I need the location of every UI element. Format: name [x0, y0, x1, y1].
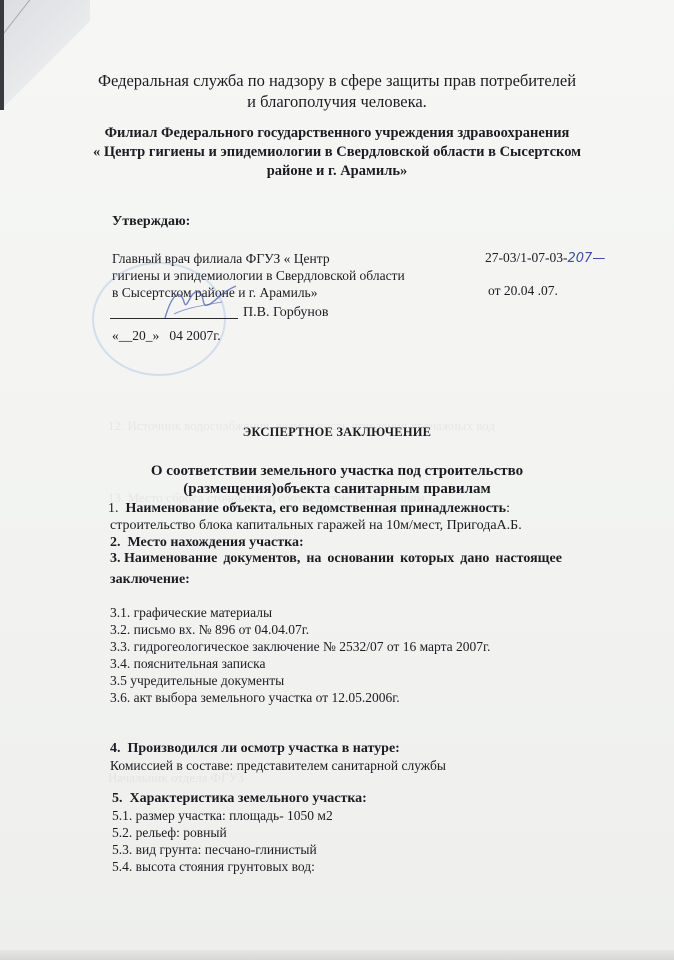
section-3-item: 3.6. акт выбора земельного участка от 12…: [110, 690, 400, 706]
section-heading-text: Характеристика земельного участка:: [130, 791, 367, 806]
section-3-item: 3.4. пояснительная записка: [110, 656, 266, 672]
document-subtitle-line1: О соответствии земельного участка под ст…: [0, 462, 674, 481]
section-heading-text: Производился ли осмотр участка в натуре:: [128, 741, 400, 756]
section-3-heading-line2: заключение:: [110, 572, 190, 588]
section-number-and-word: 3. Наименование: [110, 551, 217, 567]
signer-name: П.В. Горбунов: [243, 305, 329, 321]
section-number: 4.: [110, 741, 121, 756]
heading-word: документов,: [223, 551, 300, 567]
agency-name-line2: и благополучия человека.: [0, 91, 674, 112]
heading-word: настоящее: [495, 551, 562, 567]
approval-label: Утверждаю:: [112, 214, 190, 230]
section-3-item: 3.2. письмо вх. № 896 от 04.04.07г.: [110, 622, 309, 638]
heading-word: на: [306, 551, 321, 567]
agency-name-line1: Федеральная служба по надзору в сфере за…: [0, 70, 674, 91]
registration-number-printed: 27-03/1-07-03-: [485, 250, 567, 265]
section-5-item: 5.1. размер участка: площадь- 1050 м2: [112, 808, 333, 824]
section-3-heading: 3. Наименование документов, на основании…: [110, 551, 562, 567]
heading-word: Наименование: [124, 551, 217, 566]
section-heading-suffix: :: [506, 501, 510, 516]
section-heading-text: Наименование объекта, его ведомственная …: [126, 501, 507, 516]
section-1-text: строительство блока капитальных гаражей …: [110, 518, 522, 534]
registration-number: 27-03/1-07-03-207—: [485, 250, 605, 266]
heading-word: основании: [327, 551, 394, 567]
section-3-item: 3.3. гидрогеологическое заключение № 253…: [110, 639, 490, 655]
section-number: 2.: [110, 535, 121, 550]
page-bottom-edge: [0, 950, 674, 960]
approval-date-day: __20_»: [119, 328, 160, 343]
signature-line: [110, 318, 238, 319]
section-number: 5.: [112, 791, 123, 806]
section-2-heading: 2. Место нахождения участка:: [110, 535, 304, 551]
document-title: ЭКСПЕРТНОЕ ЗАКЛЮЧЕНИЕ: [0, 425, 674, 440]
section-4-text: Комиссией в составе: представителем сани…: [110, 758, 446, 774]
approval-date-rest: 04 2007г.: [169, 328, 220, 343]
section-4-heading: 4. Производился ли осмотр участка в нату…: [110, 741, 400, 757]
branch-name-line3: районе и г. Арамиль»: [0, 162, 674, 181]
approval-date-prefix: «: [112, 328, 119, 343]
document-subtitle-line2: (размещения)объекта санитарным правилам: [0, 480, 674, 499]
section-3-item: 3.5 учредительные документы: [110, 673, 284, 689]
branch-name-line2: « Центр гигиены и эпидемиологии в Свердл…: [0, 143, 674, 162]
section-number: 3.: [110, 551, 121, 566]
registration-date: от 20.04 .07.: [488, 283, 558, 299]
section-5-item: 5.3. вид грунта: песчано-глинистый: [112, 842, 317, 858]
section-5-item: 5.2. рельеф: ровный: [112, 825, 227, 841]
section-5-heading: 5. Характеристика земельного участка:: [112, 791, 367, 807]
section-1-heading: 1. Наименование объекта, его ведомственн…: [108, 501, 510, 517]
section-3-item: 3.1. графические материалы: [110, 605, 272, 621]
document-page: 12. Источник водоснабжения, возможность …: [0, 0, 674, 960]
section-5-item: 5.4. высота стояния грунтовых вод:: [112, 859, 315, 875]
branch-name-line1: Филиал Федерального государственного учр…: [0, 124, 674, 143]
section-heading-text: Место нахождения участка:: [128, 535, 304, 550]
section-number: 1.: [108, 501, 119, 516]
registration-number-handwritten: 207: [567, 251, 592, 266]
heading-word: которых: [400, 551, 454, 567]
handwritten-underline: —: [592, 251, 605, 266]
heading-word: дано: [460, 551, 489, 567]
approval-date: «__20_» 04 2007г.: [112, 328, 221, 344]
